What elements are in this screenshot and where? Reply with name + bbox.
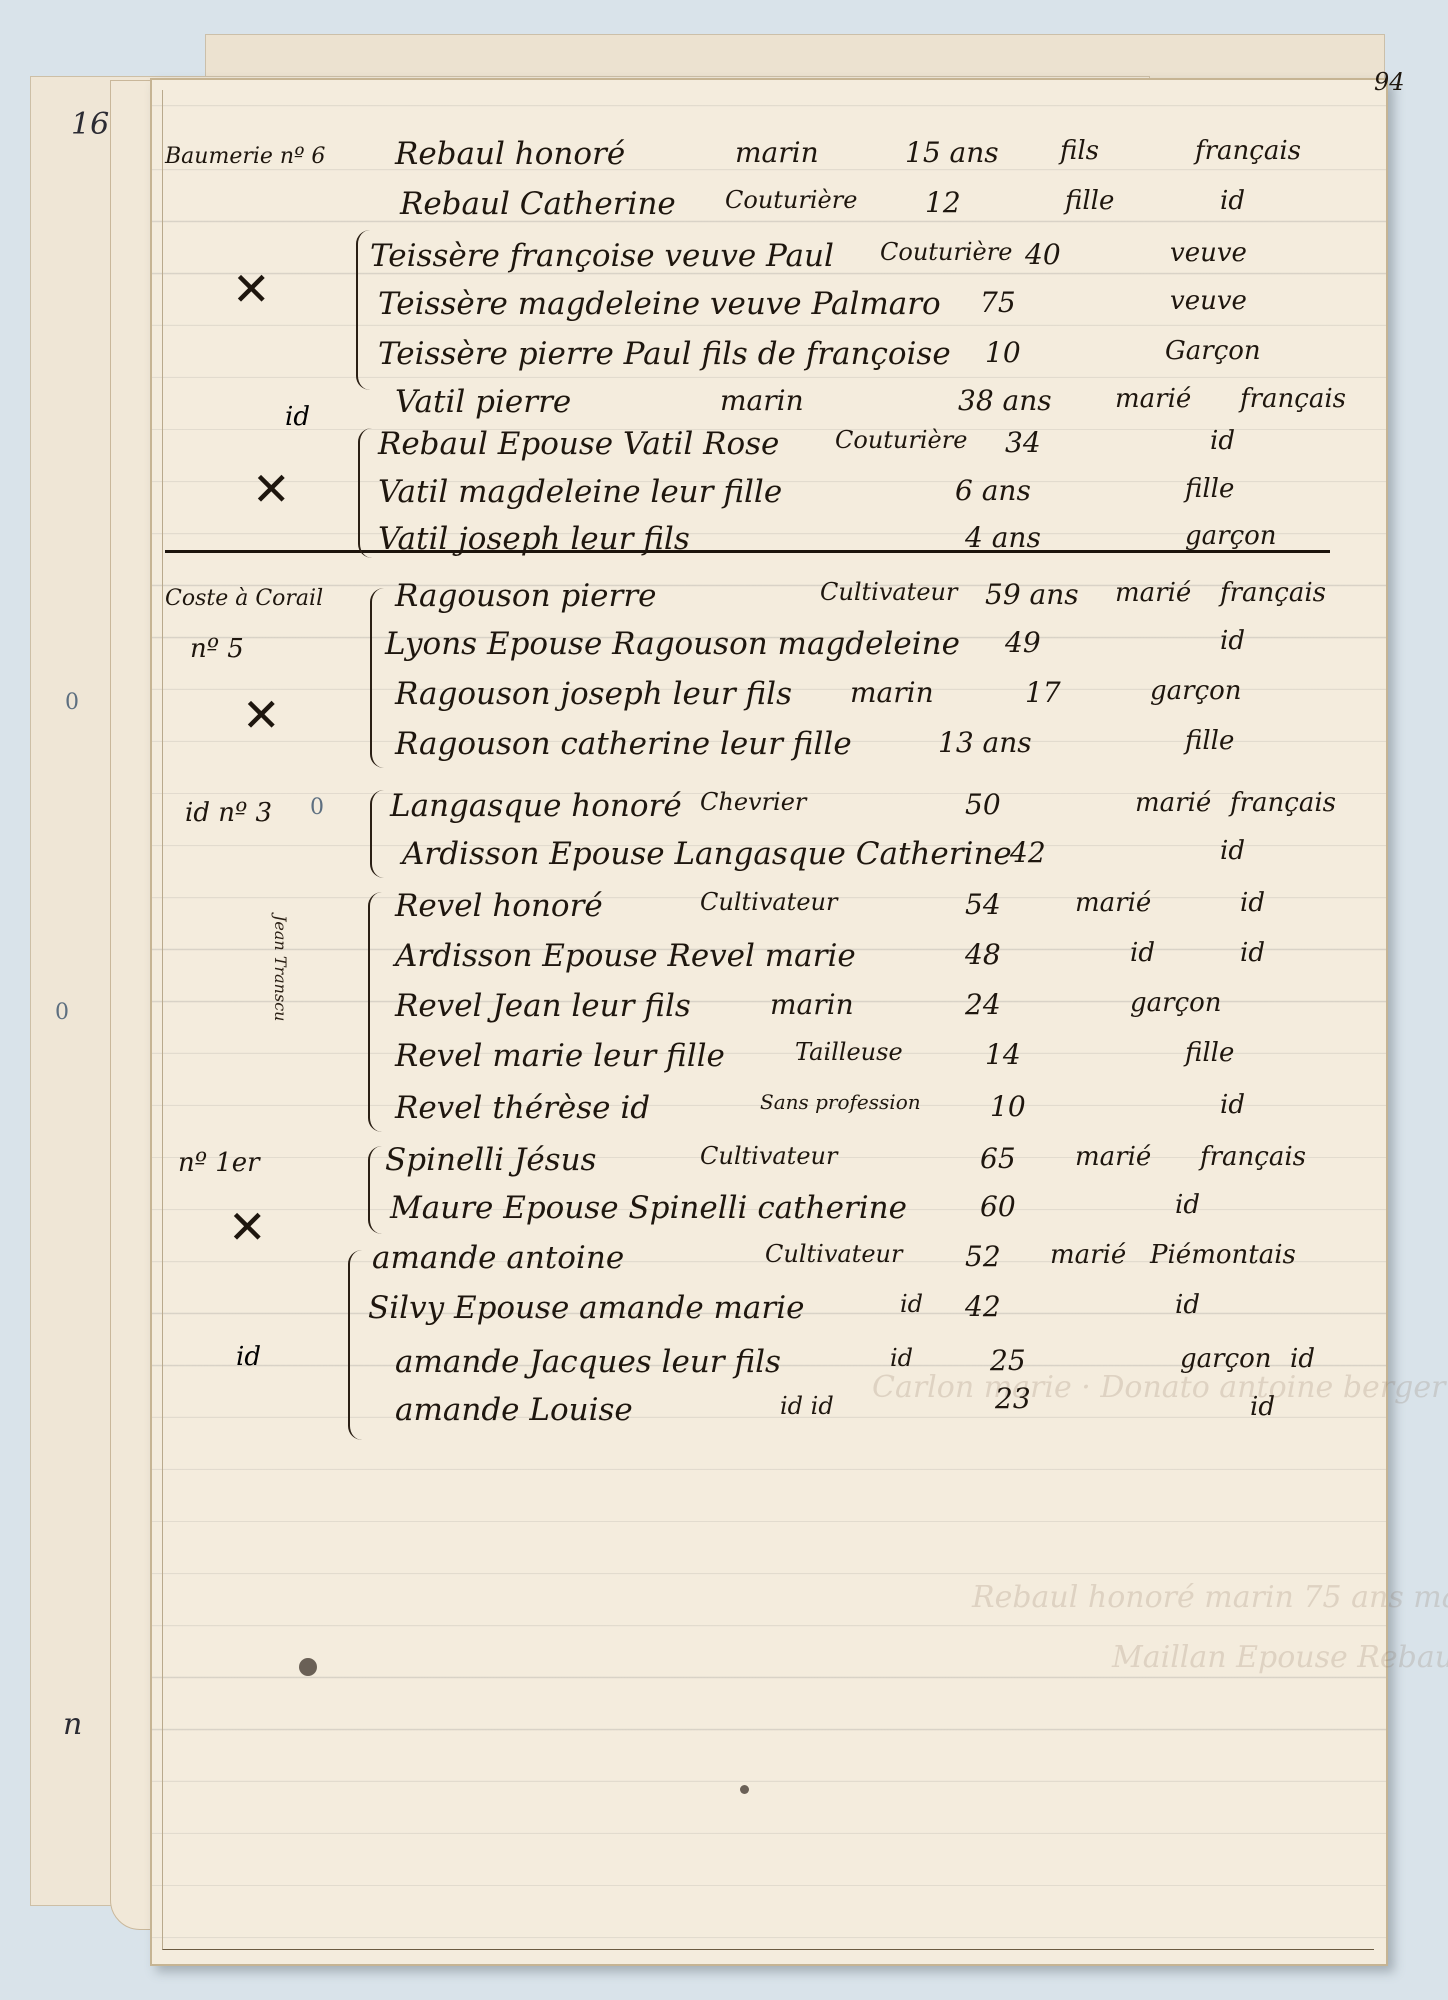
person-name: Revel Jean leur fils <box>395 988 691 1024</box>
age: 54 <box>965 888 1001 921</box>
civil-status: id <box>1130 938 1155 968</box>
pencil-mark: 0 <box>310 795 324 820</box>
profession: Sans profession <box>760 1090 921 1114</box>
civil-status: id <box>1220 626 1245 656</box>
person-name: Rebaul honoré <box>395 136 625 172</box>
age: 34 <box>1005 426 1041 459</box>
age: 10 <box>990 1090 1026 1123</box>
age: 60 <box>980 1190 1016 1223</box>
age: 15 ans <box>905 136 999 169</box>
person-name: amande Louise <box>395 1392 633 1428</box>
person-name: Revel thérèse id <box>395 1090 650 1126</box>
cross-mark: ✕ <box>242 688 281 742</box>
civil-status: Garçon <box>1165 336 1261 366</box>
person-name: Revel marie leur fille <box>395 1038 725 1074</box>
age: 65 <box>980 1142 1016 1175</box>
civil-status: id <box>1175 1190 1200 1220</box>
household-brace <box>358 428 372 558</box>
person-name: Vatil pierre <box>395 384 571 420</box>
household-brace <box>368 892 382 1132</box>
bleed-through-text: Rebaul honoré marin 75 ans marié françai… <box>972 1580 1448 1615</box>
ink-stain <box>299 1658 317 1676</box>
ditto-mark: id <box>236 1342 261 1372</box>
civil-status: marié <box>1135 788 1211 818</box>
profession: marin <box>720 384 804 417</box>
person-name: Rebaul Catherine <box>400 186 676 222</box>
person-name: Spinelli Jésus <box>385 1142 596 1178</box>
cross-mark: ✕ <box>232 262 271 316</box>
age: 23 <box>995 1382 1031 1415</box>
civil-status: fils <box>1060 136 1099 166</box>
civil-status: id <box>1175 1290 1200 1320</box>
profession: Cultivateur <box>820 578 957 606</box>
nationality: français <box>1195 136 1301 166</box>
back-sheet-mark: n <box>63 1707 82 1742</box>
civil-status: marié <box>1050 1240 1126 1270</box>
profession: Tailleuse <box>795 1038 903 1066</box>
age: 24 <box>965 988 1001 1021</box>
nationality: Piémontais <box>1150 1240 1296 1270</box>
age: 25 <box>990 1344 1026 1377</box>
civil-status: garçon <box>1185 521 1277 551</box>
civil-status: veuve <box>1170 286 1247 316</box>
cross-mark: ✕ <box>228 1200 267 1254</box>
nationality: français <box>1220 578 1326 608</box>
age: 17 <box>1025 676 1061 709</box>
civil-status: garçon <box>1150 676 1242 706</box>
age: 6 ans <box>955 474 1031 507</box>
pencil-mark: 0 <box>55 1000 69 1025</box>
person-name: Ragouson joseph leur fils <box>395 676 792 712</box>
nationality: id <box>1240 938 1265 968</box>
profession: marin <box>850 676 934 709</box>
age: 38 ans <box>958 384 1052 417</box>
age: 75 <box>980 286 1016 319</box>
household-brace <box>348 1250 362 1440</box>
age: 42 <box>1010 836 1046 869</box>
nationality: id <box>1290 1344 1315 1374</box>
household-brace <box>370 790 384 878</box>
person-name: Rebaul Epouse Vatil Rose <box>378 426 779 462</box>
civil-status: fille <box>1185 474 1234 504</box>
profession: marin <box>770 988 854 1021</box>
civil-status: garçon <box>1180 1344 1272 1374</box>
person-name: Teissère pierre Paul fils de françoise <box>378 336 951 372</box>
person-name: Ardisson Epouse Langasque Catherine <box>402 836 1012 872</box>
civil-status: id <box>1220 836 1245 866</box>
nationality: français <box>1230 788 1336 818</box>
household-brace <box>356 230 370 390</box>
page-number: 94 <box>1374 68 1405 96</box>
bleed-through-text: Carlon marie · Donato antoine berger 63 <box>872 1370 1448 1405</box>
person-name: Revel honoré <box>395 888 603 924</box>
cross-mark: ✕ <box>252 462 291 516</box>
profession: id <box>890 1344 913 1372</box>
nationality: id <box>1220 186 1245 216</box>
civil-status: fille <box>1185 726 1234 756</box>
profession: Cultivateur <box>765 1240 902 1268</box>
age: 10 <box>985 336 1021 369</box>
person-name: Silvy Epouse amande marie <box>368 1290 804 1326</box>
civil-status: fille <box>1185 1038 1234 1068</box>
ditto-mark: id <box>285 402 310 432</box>
age: 4 ans <box>965 521 1041 554</box>
civil-status: marié <box>1115 384 1191 414</box>
pencil-mark: 0 <box>65 690 79 715</box>
household-brace <box>368 1146 382 1234</box>
age: 40 <box>1025 238 1061 271</box>
profession: Couturière <box>880 238 1012 266</box>
profession: marin <box>735 136 819 169</box>
household-brace <box>370 588 384 768</box>
civil-status: marié <box>1075 888 1151 918</box>
age: 49 <box>1005 626 1041 659</box>
civil-status: marié <box>1115 578 1191 608</box>
age: 12 <box>925 186 961 219</box>
profession: Chevrier <box>700 788 806 816</box>
vertical-margin-note: Jean Transcu <box>271 915 290 1021</box>
age: 14 <box>985 1038 1021 1071</box>
section-divider <box>165 550 1330 553</box>
person-name: Langasque honoré <box>390 788 682 824</box>
age: 13 ans <box>938 726 1032 759</box>
ink-stain <box>740 1785 749 1794</box>
person-name: Vatil magdeleine leur fille <box>378 474 782 510</box>
person-name: Ragouson catherine leur fille <box>395 726 852 762</box>
person-name: Teissère françoise veuve Paul <box>370 238 834 274</box>
profession: id id <box>780 1392 834 1420</box>
person-name: amande Jacques leur fils <box>395 1344 781 1380</box>
person-name: Ardisson Epouse Revel marie <box>395 938 856 974</box>
profession: Couturière <box>725 186 857 214</box>
nationality: français <box>1200 1142 1306 1172</box>
person-name: Vatil joseph leur fils <box>378 521 690 557</box>
nationality: id <box>1240 888 1265 918</box>
age: 48 <box>965 938 1001 971</box>
profession: id <box>900 1290 923 1318</box>
person-name: Maure Epouse Spinelli catherine <box>390 1190 907 1226</box>
age: 59 ans <box>985 578 1079 611</box>
bleed-through-text: Maillan Epouse Rebaul marie 71 <box>1112 1640 1448 1675</box>
age: 42 <box>965 1290 1001 1323</box>
age: 50 <box>965 788 1001 821</box>
civil-status: veuve <box>1170 238 1247 268</box>
age: 52 <box>965 1240 1001 1273</box>
civil-status: marié <box>1075 1142 1151 1172</box>
person-name: Teissère magdeleine veuve Palmaro <box>378 286 941 322</box>
profession: Couturière <box>835 426 967 454</box>
civil-status: id <box>1220 1090 1245 1120</box>
profession: Cultivateur <box>700 1142 837 1170</box>
civil-status: fille <box>1065 186 1114 216</box>
civil-status: id <box>1210 426 1235 456</box>
person-name: Lyons Epouse Ragouson magdeleine <box>385 626 960 662</box>
profession: Cultivateur <box>700 888 837 916</box>
person-name: Ragouson pierre <box>395 578 657 614</box>
civil-status: garçon <box>1130 988 1222 1018</box>
back-sheet-number: 16 <box>71 107 109 142</box>
person-name: amande antoine <box>372 1240 624 1276</box>
civil-status: id <box>1250 1392 1275 1422</box>
nationality: français <box>1240 384 1346 414</box>
